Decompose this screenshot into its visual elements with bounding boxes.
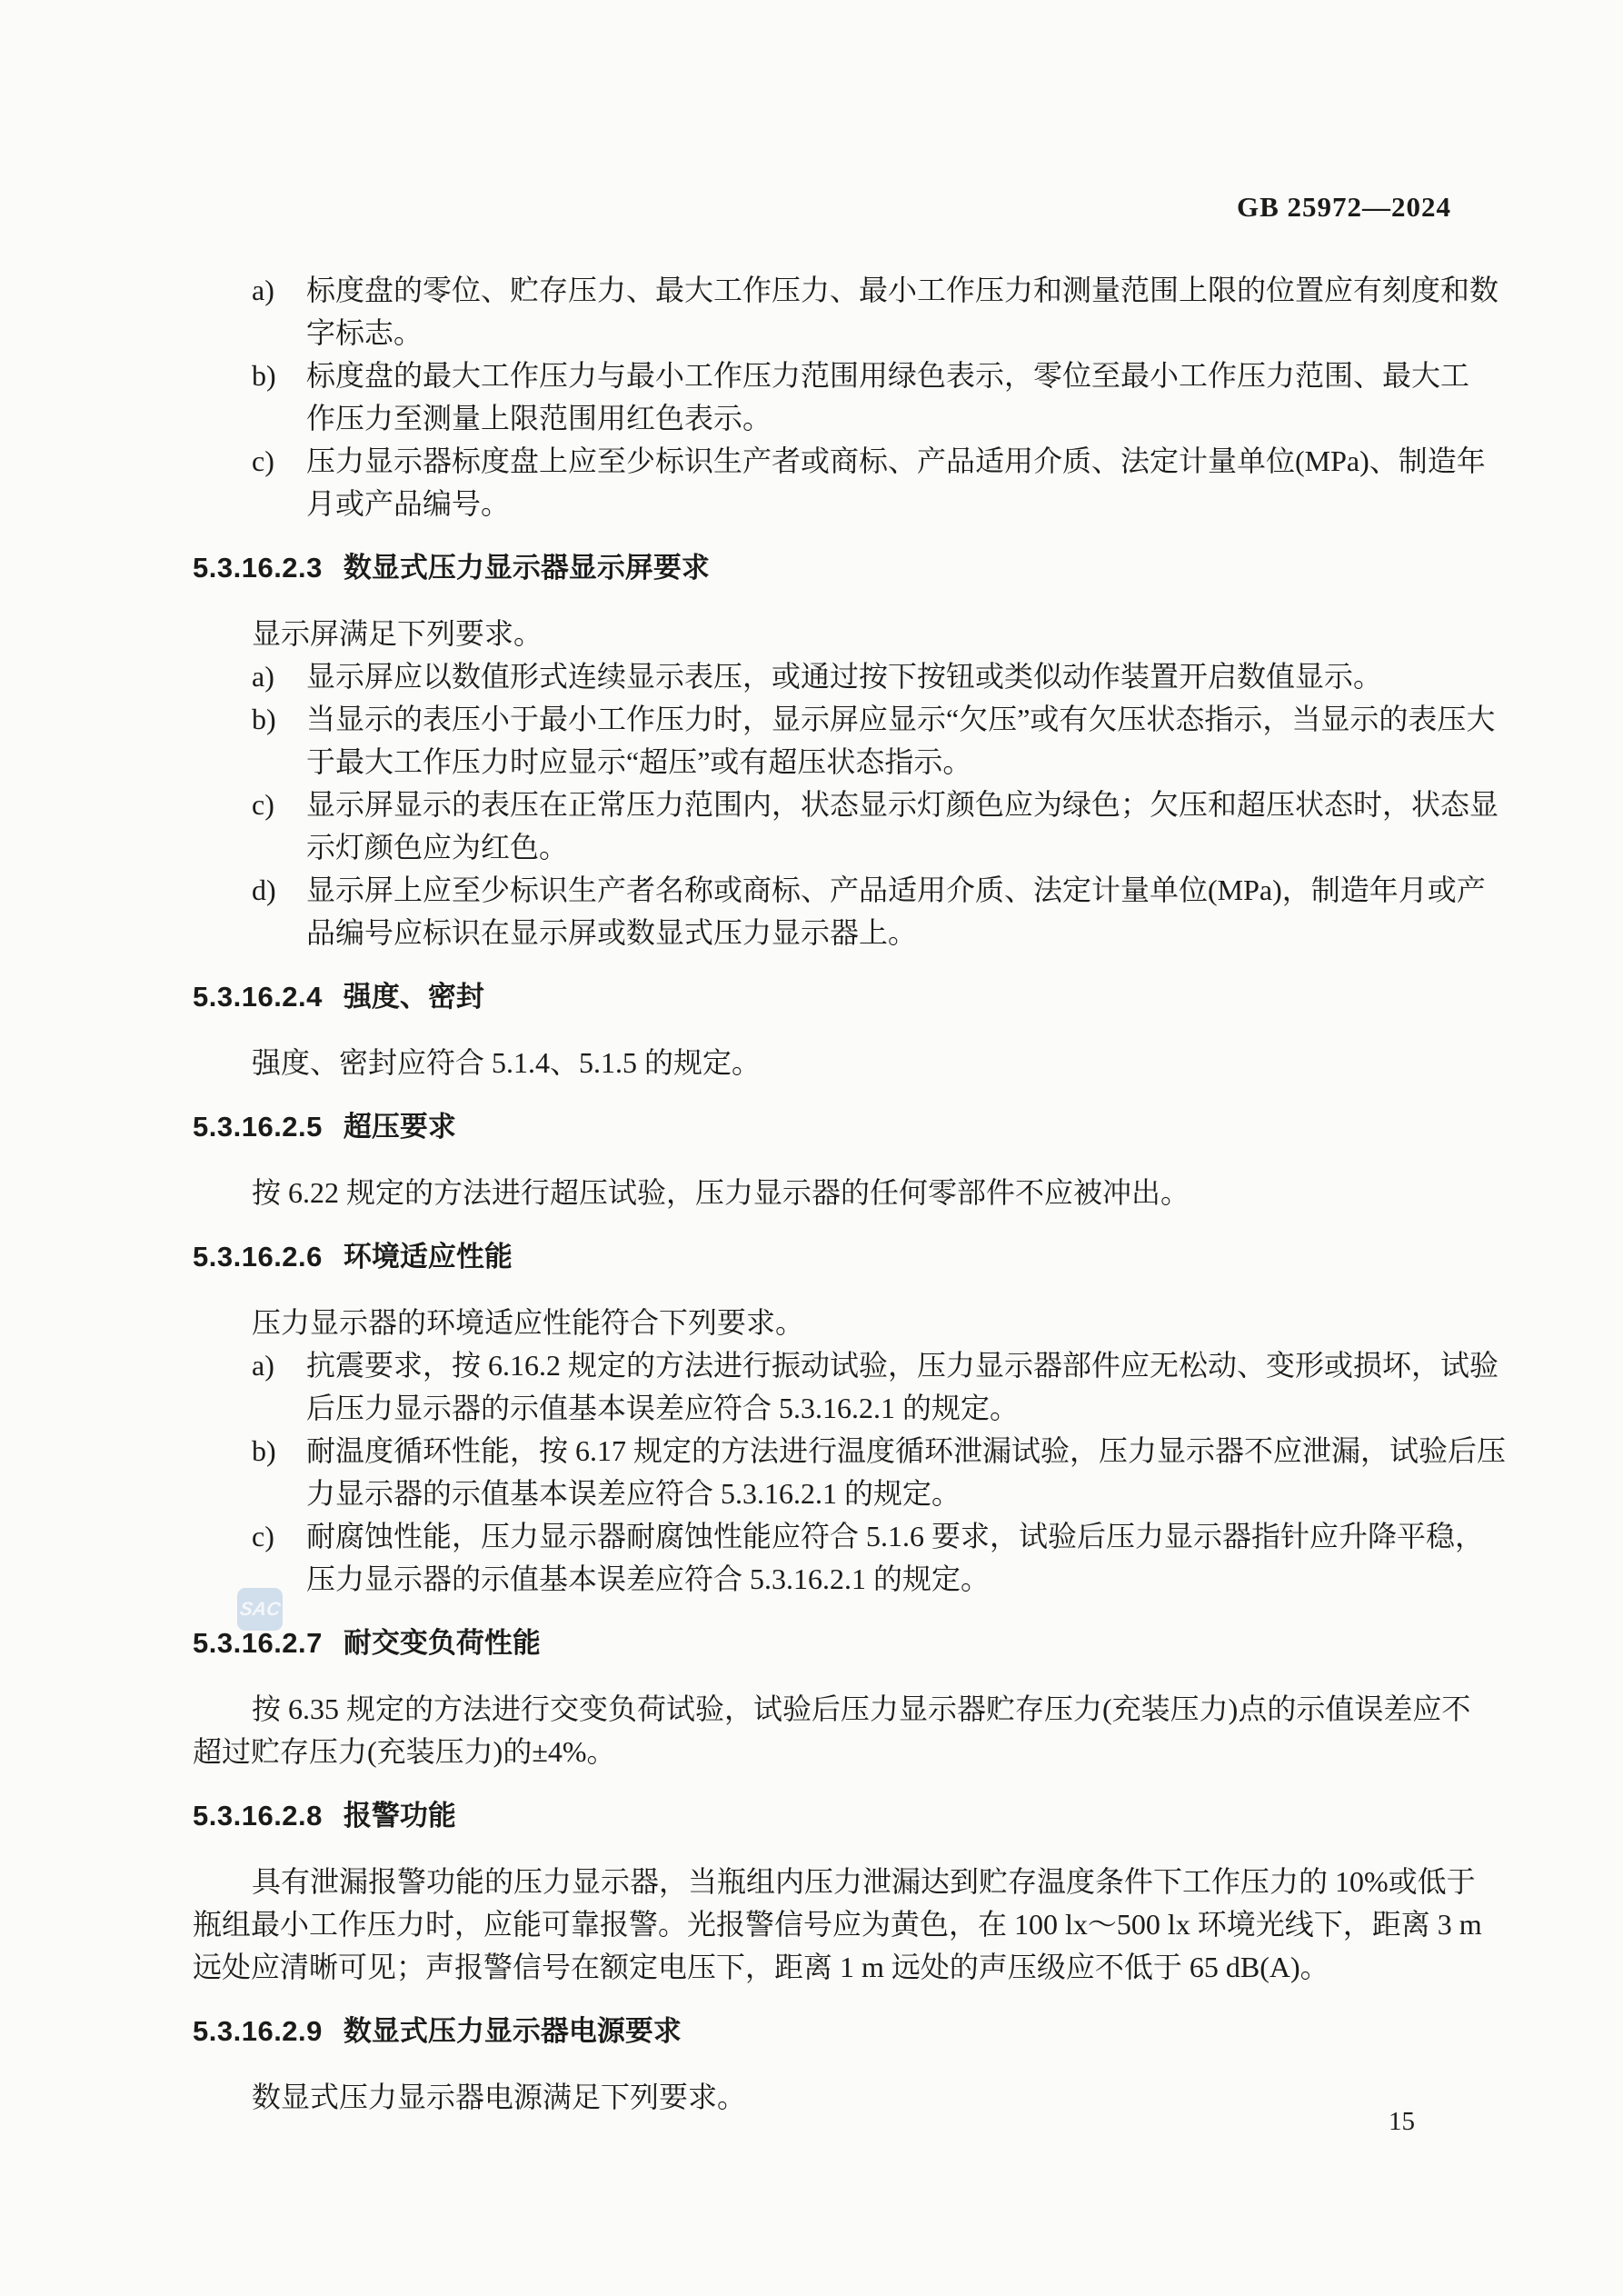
paragraph: 数显式压力显示器电源满足下列要求。: [193, 2076, 1451, 2119]
text-line: 示灯颜色应为红色。: [306, 826, 1451, 869]
section-title: 报警功能: [344, 1800, 456, 1832]
list-label: b): [252, 354, 276, 397]
list-item: d)显示屏上应至少标识生产者名称或商标、产品适用介质、法定计量单位(MPa)，制…: [193, 869, 1451, 954]
text-line: 品编号应标识在显示屏或数显式压力显示器上。: [306, 912, 1451, 954]
list-item: a)抗震要求，按 6.16.2 规定的方法进行振动试验，压力显示器部件应无松动、…: [193, 1344, 1451, 1430]
text-line: 显示屏显示的表压在正常压力范围内，状态显示灯颜色应为绿色；欠压和超压状态时，状态…: [306, 784, 1451, 826]
list-item: b)耐温度循环性能，按 6.17 规定的方法进行温度循环泄漏试验，压力显示器不应…: [193, 1430, 1451, 1515]
list-item: b)标度盘的最大工作压力与最小工作压力范围用绿色表示，零位至最小工作压力范围、最…: [193, 354, 1451, 440]
text-line: 标度盘的最大工作压力与最小工作压力范围用绿色表示，零位至最小工作压力范围、最大工: [306, 354, 1451, 397]
section-heading: 5.3.16.2.7耐交变负荷性能: [193, 1622, 1451, 1664]
list-label: b): [252, 1430, 276, 1472]
paragraph: 具有泄漏报警功能的压力显示器，当瓶组内压力泄漏达到贮存温度条件下工作压力的 10…: [193, 1861, 1451, 1989]
paragraph: 强度、密封应符合 5.1.4、5.1.5 的规定。: [193, 1042, 1451, 1084]
section-heading: 5.3.16.2.5超压要求: [193, 1105, 1451, 1148]
text-line: 压力显示器的环境适应性能符合下列要求。: [193, 1302, 1451, 1344]
section-title: 耐交变负荷性能: [344, 1627, 541, 1659]
section-heading: 5.3.16.2.6环境适应性能: [193, 1235, 1451, 1278]
text-line: 按 6.35 规定的方法进行交变负荷试验，试验后压力显示器贮存压力(充装压力)点…: [193, 1688, 1451, 1731]
ordered-list: a)标度盘的零位、贮存压力、最大工作压力、最小工作压力和测量范围上限的位置应有刻…: [193, 269, 1451, 525]
section-title: 环境适应性能: [344, 1241, 513, 1273]
text-line: 显示屏上应至少标识生产者名称或商标、产品适用介质、法定计量单位(MPa)，制造年…: [306, 869, 1451, 912]
list-item: c)压力显示器标度盘上应至少标识生产者或商标、产品适用介质、法定计量单位(MPa…: [193, 440, 1451, 525]
list-label: c): [252, 1515, 274, 1558]
section-number: 5.3.16.2.5: [193, 1111, 323, 1143]
paragraph: 显示屏满足下列要求。: [193, 613, 1451, 655]
text-line: 耐温度循环性能，按 6.17 规定的方法进行温度循环泄漏试验，压力显示器不应泄漏…: [306, 1430, 1451, 1472]
text-line: 当显示的表压小于最小工作压力时，显示屏应显示“欠压”或有欠压状态指示，当显示的表…: [306, 698, 1451, 741]
paragraph: 按 6.22 规定的方法进行超压试验，压力显示器的任何零部件不应被冲出。: [193, 1172, 1451, 1214]
list-item: c)耐腐蚀性能，压力显示器耐腐蚀性能应符合 5.1.6 要求，试验后压力显示器指…: [193, 1515, 1451, 1601]
text-line: 字标志。: [306, 312, 1451, 354]
section-heading: 5.3.16.2.8报警功能: [193, 1794, 1451, 1837]
text-line: 显示屏应以数值形式连续显示表压，或通过按下按钮或类似动作装置开启数值显示。: [306, 655, 1451, 698]
section-title: 超压要求: [344, 1111, 456, 1143]
text-line: 标度盘的零位、贮存压力、最大工作压力、最小工作压力和测量范围上限的位置应有刻度和…: [306, 269, 1451, 312]
text-line: 于最大工作压力时应显示“超压”或有超压状态指示。: [306, 741, 1451, 784]
list-label: a): [252, 1344, 274, 1387]
text-line: 强度、密封应符合 5.1.4、5.1.5 的规定。: [193, 1042, 1451, 1084]
paragraph: 按 6.35 规定的方法进行交变负荷试验，试验后压力显示器贮存压力(充装压力)点…: [193, 1688, 1451, 1773]
text-line: 抗震要求，按 6.16.2 规定的方法进行振动试验，压力显示器部件应无松动、变形…: [306, 1344, 1451, 1387]
list-item: a)标度盘的零位、贮存压力、最大工作压力、最小工作压力和测量范围上限的位置应有刻…: [193, 269, 1451, 354]
section-title: 强度、密封: [344, 981, 484, 1013]
text-line: 压力显示器的示值基本误差应符合 5.3.16.2.1 的规定。: [306, 1558, 1451, 1601]
section-number: 5.3.16.2.6: [193, 1241, 323, 1273]
section-heading: 5.3.16.2.4强度、密封: [193, 975, 1451, 1018]
ordered-list: a)显示屏应以数值形式连续显示表压，或通过按下按钮或类似动作装置开启数值显示。b…: [193, 655, 1451, 954]
text-line: 按 6.22 规定的方法进行超压试验，压力显示器的任何零部件不应被冲出。: [193, 1172, 1451, 1214]
text-line: 后压力显示器的示值基本误差应符合 5.3.16.2.1 的规定。: [306, 1387, 1451, 1430]
list-label: a): [252, 655, 274, 698]
list-item: c)显示屏显示的表压在正常压力范围内，状态显示灯颜色应为绿色；欠压和超压状态时，…: [193, 784, 1451, 869]
list-label: a): [252, 269, 274, 312]
paragraph: 压力显示器的环境适应性能符合下列要求。: [193, 1302, 1451, 1344]
text-line: 作压力至测量上限范围用红色表示。: [306, 397, 1451, 440]
text-line: 力显示器的示值基本误差应符合 5.3.16.2.1 的规定。: [306, 1472, 1451, 1515]
section-title: 数显式压力显示器电源要求: [344, 2015, 682, 2047]
list-label: b): [252, 698, 276, 741]
section-number: 5.3.16.2.7: [193, 1627, 323, 1659]
list-label: c): [252, 440, 274, 483]
text-line: 压力显示器标度盘上应至少标识生产者或商标、产品适用介质、法定计量单位(MPa)、…: [306, 440, 1451, 483]
text-line: 瓶组最小工作压力时，应能可靠报警。光报警信号应为黄色，在 100 lx～500 …: [193, 1903, 1451, 1946]
section-number: 5.3.16.2.4: [193, 981, 323, 1013]
text-line: 耐腐蚀性能，压力显示器耐腐蚀性能应符合 5.1.6 要求，试验后压力显示器指针应…: [306, 1515, 1451, 1558]
section-number: 5.3.16.2.9: [193, 2015, 323, 2047]
section-title: 数显式压力显示器显示屏要求: [344, 552, 710, 584]
text-line: 数显式压力显示器电源满足下列要求。: [193, 2076, 1451, 2119]
section-heading: 5.3.16.2.9数显式压力显示器电源要求: [193, 2010, 1451, 2052]
text-line: 超过贮存压力(充装压力)的±4%。: [193, 1731, 1451, 1773]
ordered-list: a)抗震要求，按 6.16.2 规定的方法进行振动试验，压力显示器部件应无松动、…: [193, 1344, 1451, 1601]
section-heading: 5.3.16.2.3数显式压力显示器显示屏要求: [193, 546, 1451, 589]
section-number: 5.3.16.2.8: [193, 1800, 323, 1832]
list-label: c): [252, 784, 274, 826]
list-item: b)当显示的表压小于最小工作压力时，显示屏应显示“欠压”或有欠压状态指示，当显示…: [193, 698, 1451, 784]
text-line: 显示屏满足下列要求。: [193, 613, 1451, 655]
list-item: a)显示屏应以数值形式连续显示表压，或通过按下按钮或类似动作装置开启数值显示。: [193, 655, 1451, 698]
document-body: a)标度盘的零位、贮存压力、最大工作压力、最小工作压力和测量范围上限的位置应有刻…: [193, 269, 1451, 2119]
text-line: 远处应清晰可见；声报警信号在额定电压下，距离 1 m 远处的声压级应不低于 65…: [193, 1946, 1451, 1989]
section-number: 5.3.16.2.3: [193, 552, 323, 584]
list-label: d): [252, 869, 276, 912]
text-line: 具有泄漏报警功能的压力显示器，当瓶组内压力泄漏达到贮存温度条件下工作压力的 10…: [193, 1861, 1451, 1903]
text-line: 月或产品编号。: [306, 483, 1451, 525]
standard-code-header: GB 25972—2024: [1237, 191, 1451, 224]
